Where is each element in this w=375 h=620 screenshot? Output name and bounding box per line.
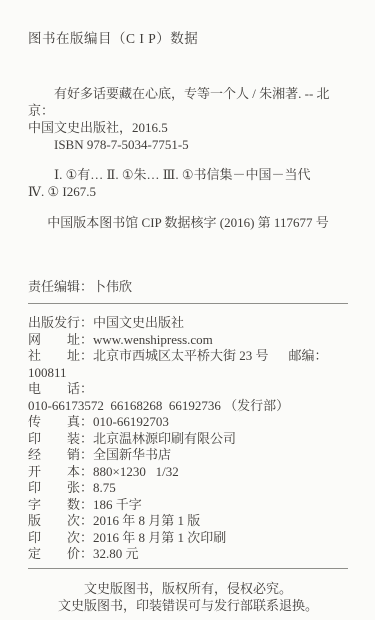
colon: ： [80,414,93,429]
colon: ： [80,381,93,396]
cip-header: 图书在版编目（C I P）数据 [28,30,348,48]
row-value: 2016 年 8 月第 1 次印刷 [93,530,226,545]
publication-row: 传真：010-66192703 [28,414,348,431]
publication-list: 出版发行：中国文史出版社 网址：www.wenshipress.com 社址：北… [28,315,348,563]
publication-row: 网址：www.wenshipress.com [28,332,348,349]
publication-row: 版次：2016 年 8 月第 1 版 [28,513,348,530]
row-value: 全国新华书店 [93,447,171,462]
publication-row: 印次：2016 年 8 月第 1 次印刷 [28,530,348,547]
cip-title-line-1: 有好多话要藏在心底，专等一个人 / 朱湘著. -- 北京： [28,85,348,119]
cip-title-line-2: 中国文史出版社，2016.5 [28,119,348,136]
row-label: 印张 [28,480,80,497]
publication-row: 社址：北京市西城区太平桥大街 23 号邮编：100811 [28,348,348,381]
colon: ： [80,513,93,528]
divider-top [28,303,348,304]
colon: ： [80,480,93,495]
row-label: 版次 [28,513,80,530]
editor-label: 责任编辑 [28,278,80,295]
publication-row: 电话：010-66173572 66168268 66192736 （发行部） [28,381,348,414]
row-value: www.wenshipress.com [93,332,213,347]
row-value: 2016 年 8 月第 1 版 [93,513,200,528]
row-value: 8.75 [93,480,116,495]
isbn-line: ISBN 978-7-5034-7751-5 [28,136,348,153]
row-label: 字数 [28,497,80,514]
footer-notes: 文史版图书，版权所有，侵权必究。 文史版图书，印装错误可与发行部联系退换。 [28,580,348,615]
cip-block: 有好多话要藏在心底，专等一个人 / 朱湘著. -- 北京： 中国文史出版社，20… [28,85,348,231]
book-copyright-page: 图书在版编目（C I P）数据 有好多话要藏在心底，专等一个人 / 朱湘著. -… [0,0,375,620]
editor-value: 卜伟欣 [93,279,132,294]
row-value: 186 千字 [93,497,142,512]
colon: ： [80,530,93,545]
colon: ： [80,546,93,561]
cip-record-line: 中国版本图书馆 CIP 数据核字 (2016) 第 117677 号 [28,214,348,231]
row-value: 中国文史出版社 [93,315,184,330]
colon: ： [80,332,93,347]
copyright-notice: 文史版图书，版权所有，侵权必究。 [28,580,348,598]
row-value: 北京市西城区太平桥大街 23 号 [93,348,269,363]
publication-row: 出版发行：中国文史出版社 [28,315,348,332]
row-label: 开本 [28,464,80,481]
return-notice: 文史版图书，印装错误可与发行部联系退换。 [28,597,348,615]
cip-class-line-1: Ⅰ. ①有… Ⅱ. ①朱… Ⅲ. ①书信集－中国－当代 [28,166,348,183]
colon: ： [80,348,93,363]
publication-row: 开本：880×1230 1/32 [28,464,348,481]
row-value: 880×1230 1/32 [93,464,179,479]
colon: ： [80,464,93,479]
colon: ： [315,348,328,363]
publication-row: 定价：32.80 元 [28,546,348,563]
editor-row: 责任编辑：卜伟欣 [28,278,348,295]
row-label: 传真 [28,414,80,431]
row-label: 定价 [28,546,80,563]
row-label: 社址 [28,348,80,365]
publication-row: 字数：186 千字 [28,497,348,514]
row-value: 北京温林源印刷有限公司 [93,431,236,446]
cip-class-line-2: Ⅳ. ① I267.5 [28,183,348,200]
row-label: 网址 [28,332,80,349]
row-label: 电话 [28,381,80,398]
colon: ： [80,497,93,512]
postcode-value: 100811 [28,365,67,380]
colon: ： [80,447,93,462]
publication-row: 印张：8.75 [28,480,348,497]
colon: ： [80,431,93,446]
postcode-label: 邮编 [289,348,315,363]
row-label: 印装 [28,431,80,448]
divider-bottom [28,568,348,569]
row-value: 010-66192703 [93,414,169,429]
publication-row: 印装：北京温林源印刷有限公司 [28,431,348,448]
publication-row: 经销：全国新华书店 [28,447,348,464]
colon: ： [80,315,93,330]
row-label: 出版发行 [28,315,80,332]
colon: ： [80,279,93,294]
row-label: 经销 [28,447,80,464]
row-value: 010-66173572 66168268 66192736 （发行部） [28,398,289,413]
row-value: 32.80 元 [93,546,139,561]
row-label: 印次 [28,530,80,547]
